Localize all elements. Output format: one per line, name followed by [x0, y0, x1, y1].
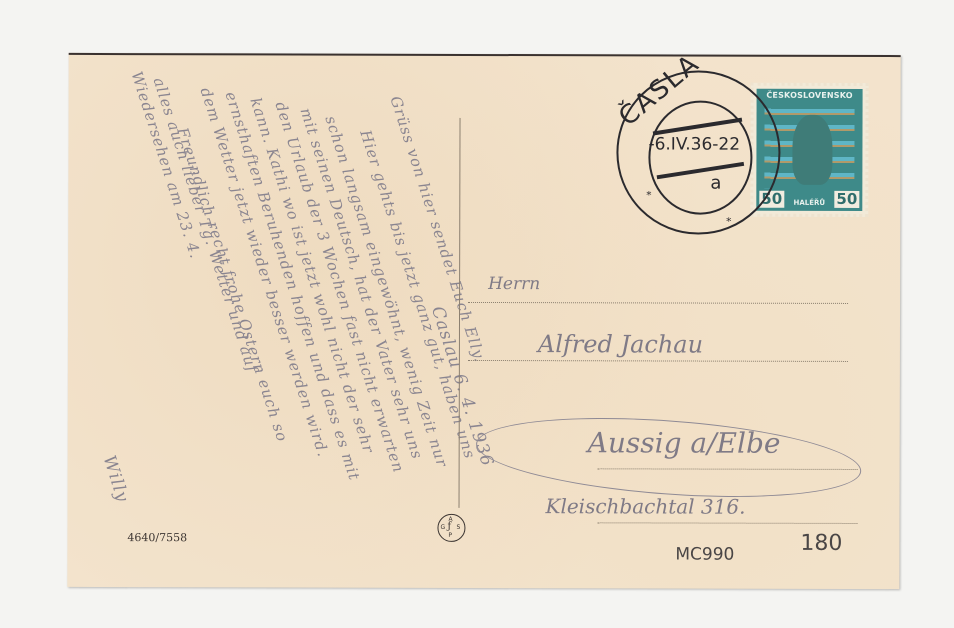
portrait-figure-icon — [792, 115, 832, 185]
address-name: Alfred Jachau — [538, 330, 703, 358]
address-street: Kleischbachtal 316. — [545, 494, 745, 519]
logo-letter: S — [456, 524, 460, 531]
message-area: Grüss von hier sendet Euch Elly. Hier ge… — [69, 55, 901, 57]
postmark-date: -6.IV.36-22 — [648, 134, 740, 154]
address-line — [597, 522, 857, 524]
address-line — [468, 360, 848, 362]
logo-mark: ƒ — [447, 521, 451, 532]
star-icon: * — [646, 190, 651, 201]
pencil-note-code: MC990 — [675, 545, 734, 565]
logo-letter: P — [448, 532, 452, 539]
postmark: ČASLA -6.IV.36-22 a * * — [616, 70, 780, 234]
star-icon: * — [726, 217, 731, 228]
stamp-country: ČESKOSLOVENSKO — [757, 91, 863, 100]
pencil-note-price: 180 — [800, 531, 842, 556]
postcard: Grüss von hier sendet Euch Elly. Hier ge… — [67, 53, 900, 589]
postmark-suffix: a — [710, 173, 721, 194]
print-number: 4640/7558 — [127, 531, 187, 544]
message-signature: Willy — [99, 453, 133, 505]
publisher-logo: A G S P ƒ — [437, 514, 465, 542]
logo-letter: G — [440, 524, 445, 531]
address-line — [468, 302, 848, 304]
stamp-value-right: 50 — [834, 191, 859, 208]
address-salutation: Herrn — [488, 274, 540, 294]
address-city: Aussig a/Elbe — [588, 426, 781, 460]
